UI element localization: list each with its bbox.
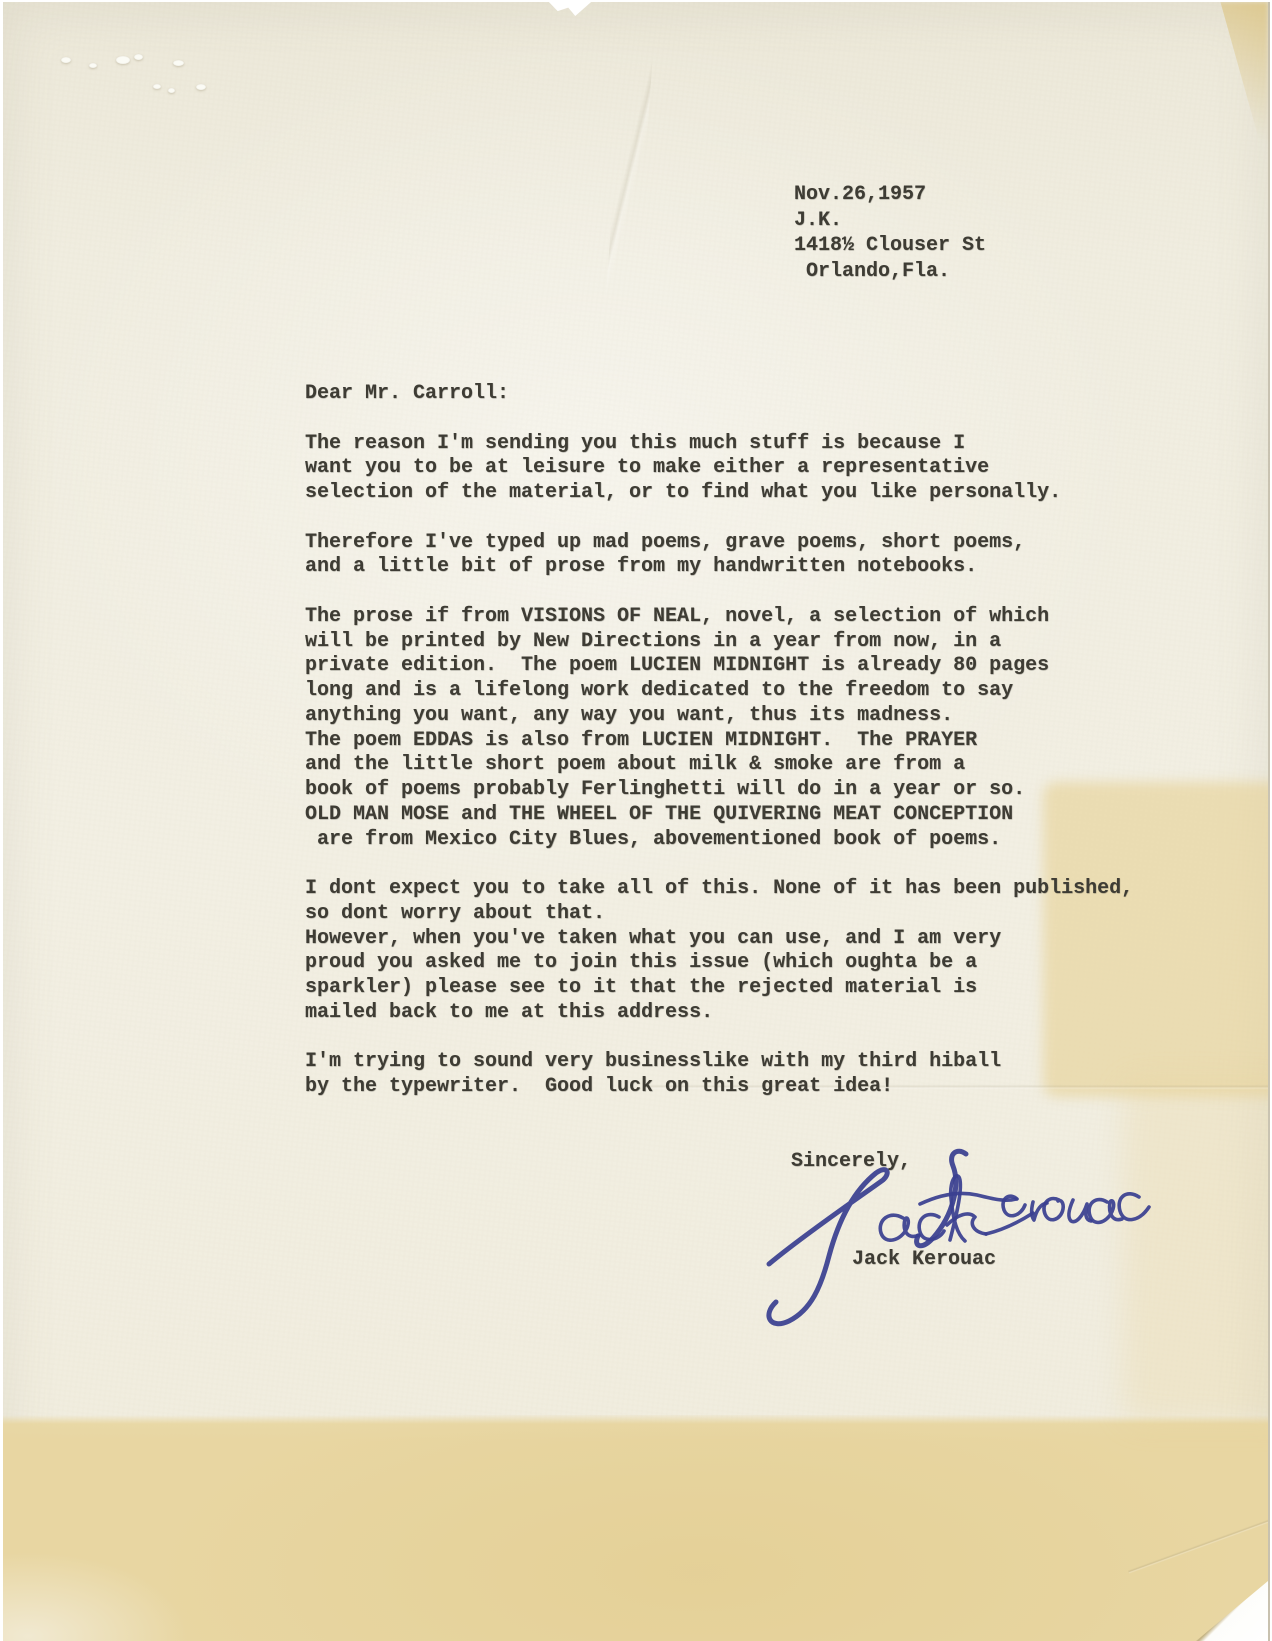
sender-date-address-block: Nov.26,1957 J.K. 1418½ Clouser St Orland… bbox=[794, 182, 986, 285]
stain-top-right-corner bbox=[1210, 2, 1268, 172]
letter-paper: Nov.26,1957 J.K. 1418½ Clouser St Orland… bbox=[3, 2, 1270, 1641]
signature-ink-icon bbox=[723, 1142, 1153, 1332]
handwritten-signature bbox=[723, 1142, 1153, 1332]
stain-bottom-band bbox=[3, 1415, 1268, 1641]
letter-body: Dear Mr. Carroll: The reason I'm sending… bbox=[305, 382, 1133, 1100]
scanned-letter-page: { "letter": { "header_lines": [ "Nov.26,… bbox=[0, 0, 1272, 1641]
crease-vertical-top bbox=[603, 2, 656, 332]
tear-notch-top-edge bbox=[548, 2, 592, 16]
